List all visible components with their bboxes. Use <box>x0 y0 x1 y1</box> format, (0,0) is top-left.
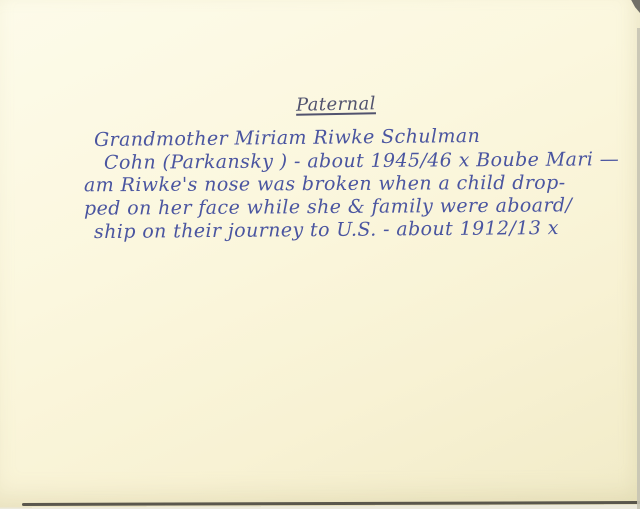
handwritten-line: Grandmother Miriam Riwke Schulman <box>94 125 480 151</box>
handwritten-line: Cohn (Parkansky ) - about 1945/46 x Boub… <box>104 148 619 174</box>
handwritten-line: am Riwke's nose was broken when a child … <box>84 172 566 197</box>
handwritten-line: ped on her face while she & family were … <box>84 194 572 219</box>
paper-background <box>0 0 640 507</box>
photo-back-scan: Paternal Grandmother Miriam Riwke Schulm… <box>0 0 640 509</box>
handwritten-title: Paternal <box>296 93 376 115</box>
handwritten-line: ship on their journey to U.S. - about 19… <box>94 217 559 243</box>
